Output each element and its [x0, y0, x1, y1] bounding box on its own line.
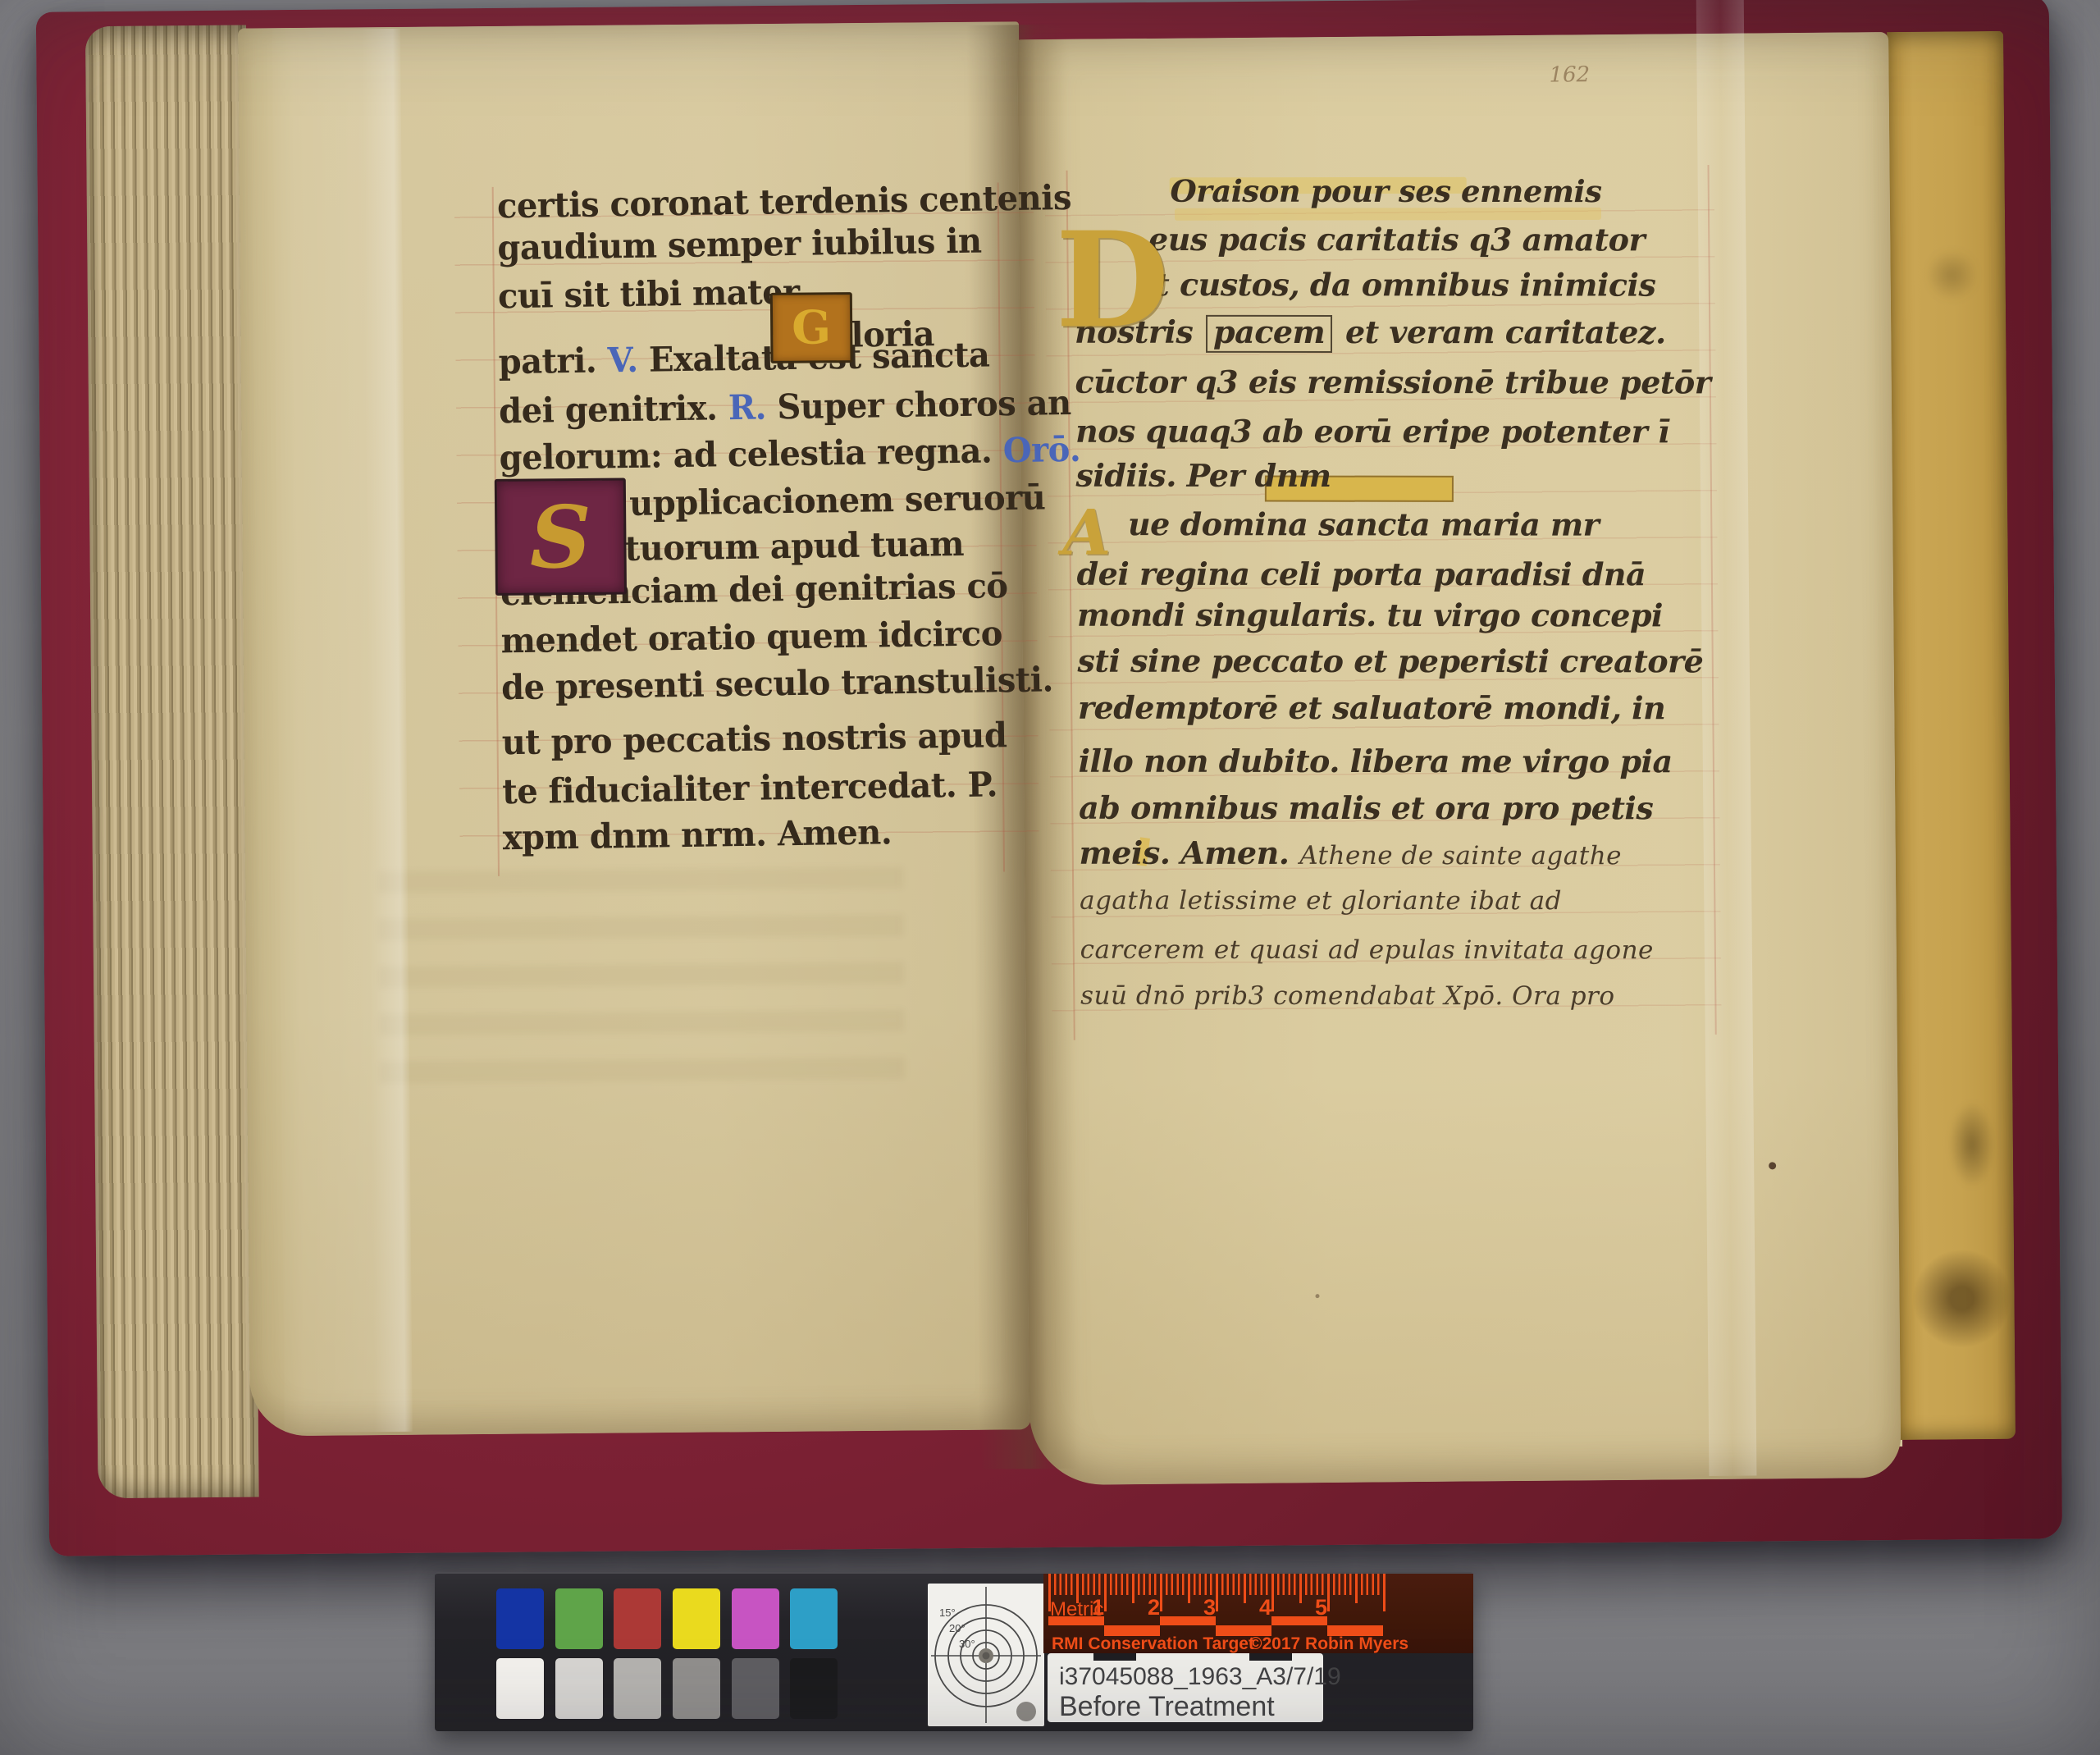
text-segment: de presenti seculo transtulisti.: [501, 660, 1053, 708]
metric-ruler: Metric 1 2 3 4 5 RMI Conservation Target…: [1043, 1574, 1473, 1653]
manuscript-line: illo non dubito. libera me virgo pia: [1079, 743, 1673, 780]
manuscript-line: certis coronat terdenis centenis: [497, 177, 1072, 226]
text-segment: cuī sit tibi mater: [498, 272, 800, 316]
yellow-wash: [1175, 208, 1601, 221]
text-segment: sidiis. Per dnm: [1076, 457, 1331, 494]
illuminated-initial-g: G: [770, 292, 853, 363]
text-segment: meis. Amen.: [1080, 834, 1300, 871]
page-edges-stack: [85, 25, 259, 1499]
manuscript-line: carcerem et quasi ad epulas invitata ago…: [1080, 935, 1654, 966]
ruler-bar-segment: [1048, 1616, 1104, 1625]
manuscript-line: redemptorē et saluatorē mondi, in: [1078, 689, 1665, 727]
ink-showthrough: [378, 867, 905, 1102]
manuscript-line: dei regina celi porta paradisi dnā: [1077, 555, 1646, 593]
manuscript-line: cūctor q3 eis remissionē tribue petōr: [1075, 363, 1711, 401]
text-segment: upplicacionem seruorū: [629, 478, 1046, 523]
manuscript-line: ut pro peccatis nostris apud: [501, 715, 1007, 763]
text-segment: suū dnō prib3 comendabat Xpō. Ora pro: [1080, 981, 1614, 1012]
bullseye-circles: [928, 1584, 1044, 1726]
manuscript-line: tuorum apud tuam: [624, 523, 964, 569]
manuscript-line: mondi singularis. tu virgo concepi: [1077, 596, 1663, 634]
text-segment: te fiducialiter intercedat. P.: [502, 765, 997, 812]
manuscript-line: te fiducialiter intercedat. P.: [502, 765, 997, 812]
manuscript-line: de presenti seculo transtulisti.: [501, 660, 1053, 708]
bullseye-target: 15° 20° 30°: [928, 1584, 1044, 1726]
manuscript-line: mendet oratio quem idcirco: [500, 614, 1002, 661]
text-segment: cūctor q3 eis remissionē tribue petōr: [1075, 363, 1711, 401]
manuscript-line: agatha letissime et gloriante ibat ad: [1080, 886, 1562, 916]
ruler-bar-segment: [1271, 1616, 1327, 1625]
text-segment: Orō.: [1002, 429, 1080, 470]
gray-patch-black: [790, 1658, 838, 1719]
ruler-number-4: 4: [1244, 1595, 1271, 1620]
gray-patch-30: [732, 1658, 779, 1719]
text-segment: mendet oratio quem idcirco: [500, 614, 1002, 661]
manuscript-line: cuī sit tibi mater: [498, 272, 800, 316]
label-row-1: i37045088_1963_A 3/7/19: [1059, 1663, 1312, 1691]
mylar-strip-left: [272, 29, 413, 1433]
angle-label-30: 30°: [959, 1638, 975, 1650]
text-segment: ab omnibus malis et ora pro petis: [1079, 789, 1653, 827]
image-id: i37045088_1963_A: [1059, 1663, 1272, 1691]
gray-patch-50: [673, 1658, 720, 1719]
vellum-stain: [1938, 1083, 2005, 1207]
gray-patch-70: [614, 1658, 661, 1719]
manuscript-line: gaudium semper iubilus in: [497, 221, 982, 268]
ruler-bar-segment: [1160, 1616, 1216, 1625]
manuscript-line: xpm dnm nrm. Amen.: [502, 812, 892, 858]
manuscript-line: patri. V. Exaltata est sancta: [498, 335, 989, 382]
manuscript-line: ab omnibus malis et ora pro petis: [1079, 789, 1653, 827]
gray-patch-white: [496, 1658, 544, 1719]
text-segment: V.: [607, 340, 638, 380]
text-segment: xpm dnm nrm. Amen.: [502, 812, 892, 858]
text-segment: sti sine peccato et peperisti creatorē: [1078, 642, 1704, 680]
text-segment: Oraison pour ses ennemis: [1171, 173, 1602, 209]
manuscript-line: et custos, da omnibus inimicis: [1136, 266, 1656, 304]
capture-date: 3/7/19: [1272, 1663, 1340, 1691]
folio-number: 162: [1549, 62, 1590, 87]
angle-label-20: 20°: [949, 1622, 966, 1634]
color-patch-green: [555, 1588, 603, 1649]
manuscript-line: eus pacis caritatis q3 amator: [1148, 221, 1645, 258]
vellum-stain: [1915, 238, 1989, 313]
manuscript-line: dei genitrix. R. Super choros an: [499, 383, 1071, 432]
text-segment: patri.: [498, 340, 608, 382]
text-segment: eus pacis caritatis q3 amator: [1148, 221, 1645, 258]
text-segment: et veram caritatez.: [1335, 313, 1666, 350]
manuscript-line: suū dnō prib3 comendabat Xpō. Ora pro: [1080, 981, 1614, 1012]
calibration-target: 15° 20° 30° Metric 1 2 3 4 5 RMI Conserv…: [435, 1572, 1473, 1731]
ruler-number-2: 2: [1132, 1595, 1160, 1620]
text-segment: ue domina sancta maria mr: [1128, 505, 1599, 543]
photo-scene: certis coronat terdenis centenis gaudium…: [0, 0, 2100, 1755]
text-segment: carcerem et quasi ad epulas invitata ago…: [1080, 935, 1654, 966]
stain-fleck: [1769, 1162, 1776, 1169]
manuscript-line: ue domina sancta maria mr: [1128, 505, 1599, 543]
manuscript-line: sidiis. Per dnm: [1076, 457, 1331, 494]
text-segment: ut pro peccatis nostris apud: [501, 715, 1007, 763]
color-patch-blue: [496, 1588, 544, 1649]
treatment-status: Before Treatment: [1059, 1691, 1275, 1723]
text-segment: Super choros an: [766, 383, 1071, 427]
manuscript-book: certis coronat terdenis centenis gaudium…: [26, 0, 2074, 1568]
color-patch-yellow: [673, 1588, 720, 1649]
gold-initial-d: D: [1056, 214, 1170, 345]
treatment-label: i37045088_1963_A 3/7/19 Before Treatment: [1048, 1653, 1323, 1722]
text-segment: gaudium semper iubilus in: [497, 221, 982, 268]
color-patch-cyan: [790, 1588, 838, 1649]
text-segment: nos quaq3 ab eorū eripe potenter ī: [1075, 413, 1669, 450]
manuscript-line: meis. Amen. Athene de sainte agathe: [1080, 834, 1623, 872]
text-segment: R.: [728, 387, 767, 428]
text-segment: dei genitrix.: [499, 388, 728, 432]
text-segment: illo non dubito. libera me virgo pia: [1079, 743, 1673, 780]
angle-label-15: 15°: [939, 1606, 956, 1619]
text-segment: Athene de sainte agathe: [1299, 841, 1622, 871]
text-segment: agatha letissime et gloriante ibat ad: [1080, 886, 1562, 916]
text-segment: redemptorē et saluatorē mondi, in: [1078, 689, 1665, 727]
text-segment: pacem: [1206, 315, 1332, 353]
manuscript-line: sti sine peccato et peperisti creatorē: [1078, 642, 1704, 680]
target-brand-text: RMI Conservation Target: [1052, 1634, 1254, 1654]
text-segment: gelorum: ad celestia regna.: [499, 431, 1003, 478]
gold-initial-a: A: [1062, 502, 1111, 564]
illuminated-initial-s: S: [495, 478, 627, 595]
stain-fleck: [1315, 1294, 1319, 1298]
manuscript-line: upplicacionem seruorū: [629, 478, 1046, 523]
color-patch-red: [614, 1588, 661, 1649]
text-segment: et custos, da omnibus inimicis: [1136, 266, 1656, 304]
color-patch-magenta: [732, 1588, 779, 1649]
text-segment: certis coronat terdenis centenis: [497, 177, 1072, 226]
text-segment: dei regina celi porta paradisi dnā: [1077, 555, 1646, 593]
text-segment: tuorum apud tuam: [624, 523, 964, 569]
page-heading: Oraison pour ses ennemis: [1171, 173, 1602, 209]
text-segment: mondi singularis. tu virgo concepi: [1077, 596, 1663, 634]
manuscript-line: nos quaq3 ab eorū eripe potenter ī: [1075, 413, 1669, 450]
gray-patch-90: [555, 1658, 603, 1719]
